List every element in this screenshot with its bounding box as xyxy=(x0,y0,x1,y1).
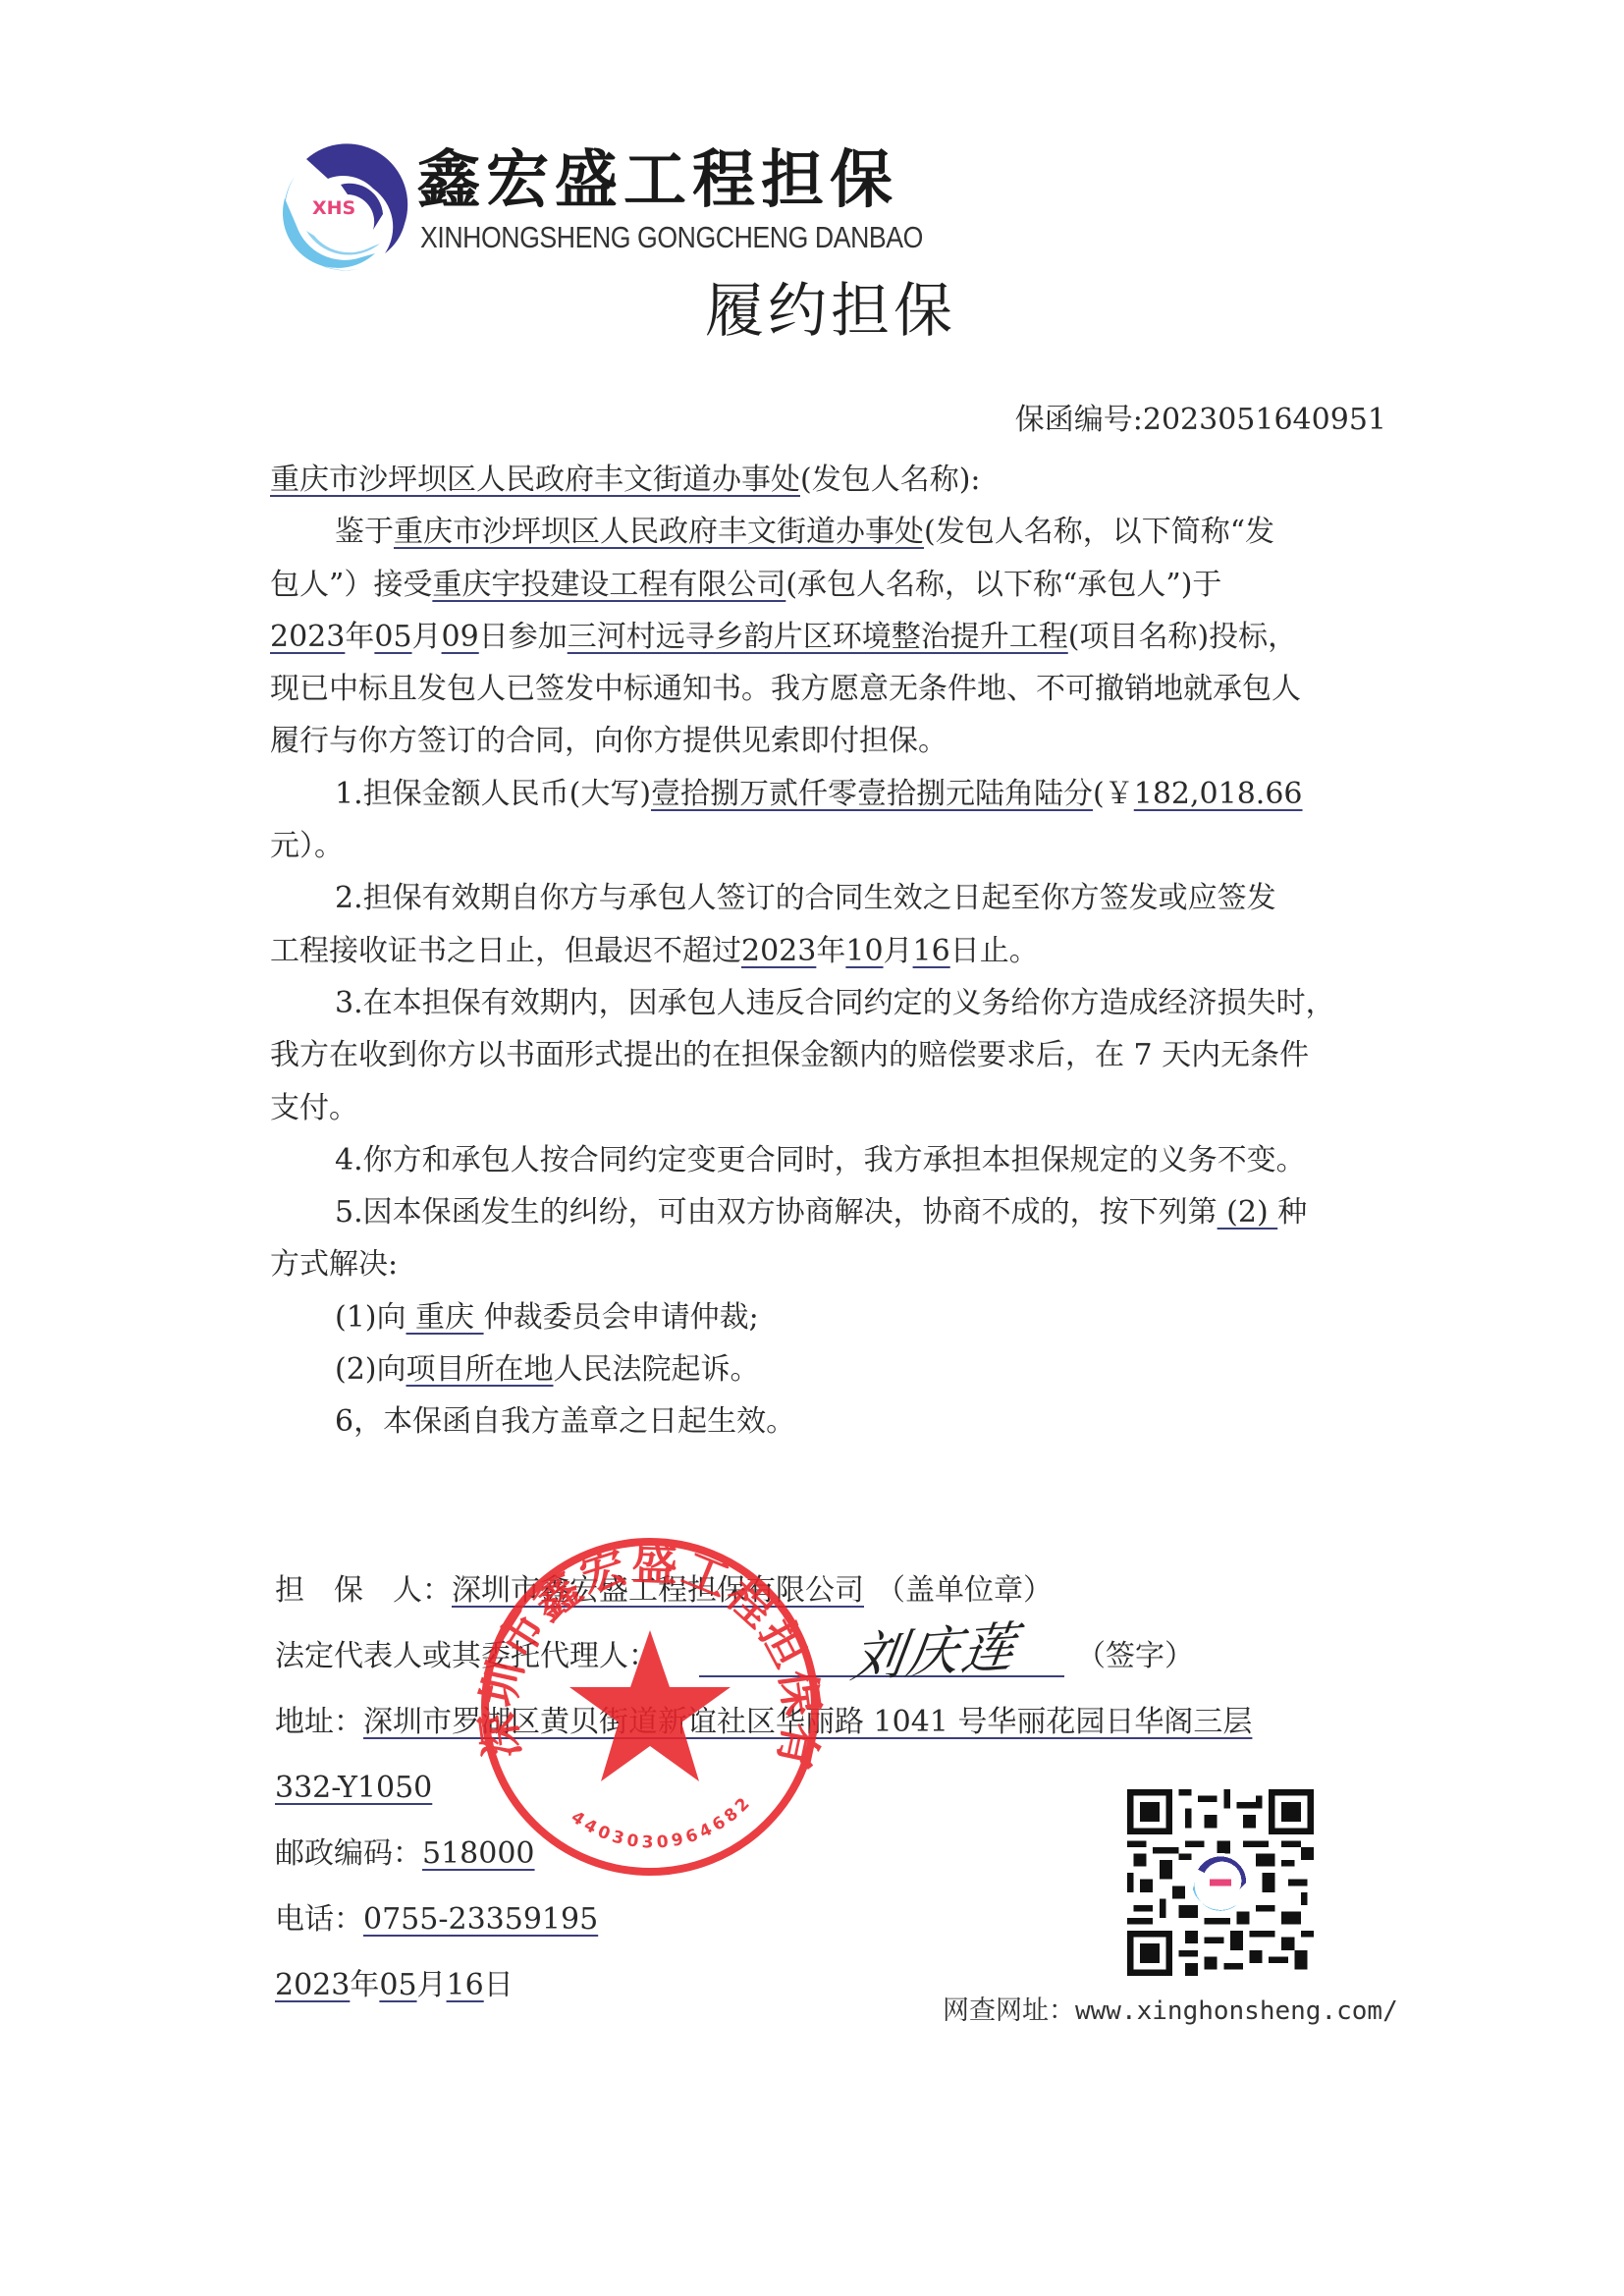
addressee-line: 重庆市沙坪坝区人民政府丰文街道办事处(发包人名称): xyxy=(270,454,1404,506)
guarantee-number-label: 保函编号: xyxy=(1015,403,1143,437)
clause-6: 6，本保函自我方盖章之日起生效。 xyxy=(270,1395,1404,1448)
intro-line-5: 履行与你方签订的合同，向你方提供见索即付担保。 xyxy=(270,715,1404,767)
xhs-logo-icon: XHS xyxy=(267,137,414,275)
intro-text: (发包人名称，以下简称“发 xyxy=(924,515,1274,549)
clause-2-line-1: 2.担保有效期自你方与承包人签订的合同生效之日起至你方签发或应签发 xyxy=(270,872,1404,924)
website-label: 网查网址： xyxy=(943,1995,1075,2026)
guarantor-label: 担 保 人： xyxy=(275,1573,452,1608)
month-char: 月 xyxy=(417,1968,447,2002)
svg-text:XHS: XHS xyxy=(312,197,355,219)
expiry-year: 2023 xyxy=(741,934,816,968)
verification-qr-code[interactable] xyxy=(1127,1789,1314,1976)
issue-date: 2023年05月16日 xyxy=(275,1966,514,2005)
red-seal-icon: 深圳市鑫宏盛工程担保有限公司 4403030964682 xyxy=(463,1520,837,1893)
employer-name: 重庆市沙坪坝区人民政府丰文街道办事处 xyxy=(394,515,924,549)
intro-text: 包人”）接受 xyxy=(270,568,432,602)
clause-5-line-2: 方式解决: xyxy=(270,1238,1404,1290)
clause-text: 工程接收证书之日止，但最迟不超过 xyxy=(270,934,741,968)
clause-text: (￥ xyxy=(1093,777,1134,811)
option-text: 人民法院起诉。 xyxy=(554,1352,760,1387)
expiry-day: 16 xyxy=(913,934,950,968)
option-text: 仲裁委员会申请仲裁; xyxy=(484,1300,759,1335)
year-char: 年 xyxy=(345,620,374,654)
intro-text: (承包人名称，以下称“承包人”)于 xyxy=(785,568,1221,602)
month-char: 月 xyxy=(412,620,442,654)
address-line-2: 332-Y1050 xyxy=(275,1769,432,1808)
guarantee-number: 保函编号:2023051640951 xyxy=(1015,401,1386,440)
issue-year: 2023 xyxy=(275,1968,350,2002)
court-location: 项目所在地 xyxy=(406,1352,554,1387)
expiry-month: 10 xyxy=(845,934,883,968)
company-logo: XHS xyxy=(267,137,414,275)
clause-text: 1.担保金额人民币(大写) xyxy=(335,777,651,811)
intro-line-2: 包人”）接受重庆宇投建设工程有限公司(承包人名称，以下称“承包人”)于 xyxy=(270,559,1404,611)
issue-month: 05 xyxy=(379,1968,416,2002)
clause-4: 4.你方和承包人按合同约定变更合同时，我方承担本担保规定的义务不变。 xyxy=(270,1134,1404,1186)
guarantee-number-value: 2023051640951 xyxy=(1143,403,1386,437)
intro-prefix: 鉴于 xyxy=(335,515,394,549)
intro-line-1: 鉴于重庆市沙坪坝区人民政府丰文街道办事处(发包人名称，以下简称“发 xyxy=(270,506,1404,558)
option-text: (2)向 xyxy=(335,1352,406,1387)
clause-1-line-2: 元）。 xyxy=(270,820,1404,872)
signature-note: （签字） xyxy=(1076,1637,1194,1676)
amount-in-words: 壹拾捌万贰仟零壹拾捌元陆角陆分 xyxy=(651,777,1093,811)
phone-line: 电话：0755-23359195 xyxy=(275,1900,598,1940)
month-char: 月 xyxy=(884,934,913,968)
clause-text: 日止。 xyxy=(950,934,1039,968)
clause-5-line-1: 5.因本保函发生的纠纷，可由双方协商解决，协商不成的，按下列第 (2) 种 xyxy=(270,1186,1404,1238)
clause-text: 种 xyxy=(1277,1195,1307,1230)
option-text: (1)向 xyxy=(335,1300,406,1335)
verification-website: 网查网址：www.xinghonsheng.com/ xyxy=(943,1994,1398,2029)
document-body: 重庆市沙坪坝区人民政府丰文街道办事处(发包人名称): 鉴于重庆市沙坪坝区人民政府… xyxy=(270,454,1404,1449)
svg-text:4403030964682: 4403030964682 xyxy=(568,1791,757,1852)
year-char: 年 xyxy=(350,1968,379,2002)
clause-1-line-1: 1.担保金额人民币(大写)壹拾捌万贰仟零壹拾捌元陆角陆分(￥182,018.66 xyxy=(270,768,1404,820)
intro-text: 日参加 xyxy=(479,620,568,654)
dispute-option-choice: (2) xyxy=(1218,1195,1278,1230)
clause-5-option-2: (2)向项目所在地人民法院起诉。 xyxy=(270,1343,1404,1395)
address-value-cont: 332-Y1050 xyxy=(275,1771,432,1805)
arbitration-city: 重庆 xyxy=(406,1300,484,1335)
brand-name-en: XINHONGSHENG GONGCHENG DANBAO xyxy=(420,218,923,257)
clause-3-line-1: 3.在本担保有效期内，因承包人违反合同约定的义务给你方造成经济损失时， xyxy=(270,977,1404,1029)
project-name: 三河村远寻乡韵片区环境整治提升工程 xyxy=(568,620,1068,654)
issue-day: 16 xyxy=(447,1968,484,2002)
clause-2-line-2: 工程接收证书之日止，但最迟不超过2023年10月16日止。 xyxy=(270,925,1404,977)
day-char: 日 xyxy=(484,1968,514,2002)
bid-year: 2023 xyxy=(270,620,345,654)
intro-line-4: 现已中标且发包人已签发中标通知书。我方愿意无条件地、不可撤销地就承包人 xyxy=(270,663,1404,715)
bid-day: 09 xyxy=(442,620,479,654)
clause-3-line-2: 我方在收到你方以书面形式提出的在担保金额内的赔偿要求后，在 7 天内无条件 xyxy=(270,1029,1404,1081)
clause-5-option-1: (1)向 重庆 仲裁委员会申请仲裁; xyxy=(270,1291,1404,1343)
bid-month: 05 xyxy=(374,620,411,654)
postcode-label: 邮政编码： xyxy=(275,1836,422,1871)
year-char: 年 xyxy=(816,934,845,968)
phone-label: 电话： xyxy=(275,1902,363,1937)
qr-code-icon xyxy=(1127,1789,1314,1976)
intro-line-3: 2023年05月09日参加三河村远寻乡韵片区环境整治提升工程(项目名称)投标， xyxy=(270,611,1404,663)
clause-3-line-3: 支付。 xyxy=(270,1082,1404,1134)
contractor-name: 重庆宇投建设工程有限公司 xyxy=(432,568,785,602)
address-label: 地址： xyxy=(275,1705,363,1739)
clause-text: 5.因本保函发生的纠纷，可由双方协商解决，协商不成的，按下列第 xyxy=(335,1195,1218,1230)
addressee-suffix: (发包人名称): xyxy=(800,463,981,497)
brand-name-cn: 鑫宏盛工程担保 xyxy=(417,145,898,216)
addressee-name: 重庆市沙坪坝区人民政府丰文街道办事处 xyxy=(270,463,800,497)
intro-text: (项目名称)投标， xyxy=(1068,620,1297,654)
website-url[interactable]: www.xinghonsheng.com/ xyxy=(1075,1996,1398,2026)
amount-in-figures: 182,018.66 xyxy=(1134,777,1303,811)
company-seal: 深圳市鑫宏盛工程担保有限公司 4403030964682 xyxy=(463,1520,837,1893)
guarantor-note: （盖单位章） xyxy=(876,1573,1053,1608)
handwritten-signature: 刘庆莲 xyxy=(847,1605,1023,1693)
document-title: 履约担保 xyxy=(705,277,956,346)
phone-value: 0755-23359195 xyxy=(363,1902,598,1937)
